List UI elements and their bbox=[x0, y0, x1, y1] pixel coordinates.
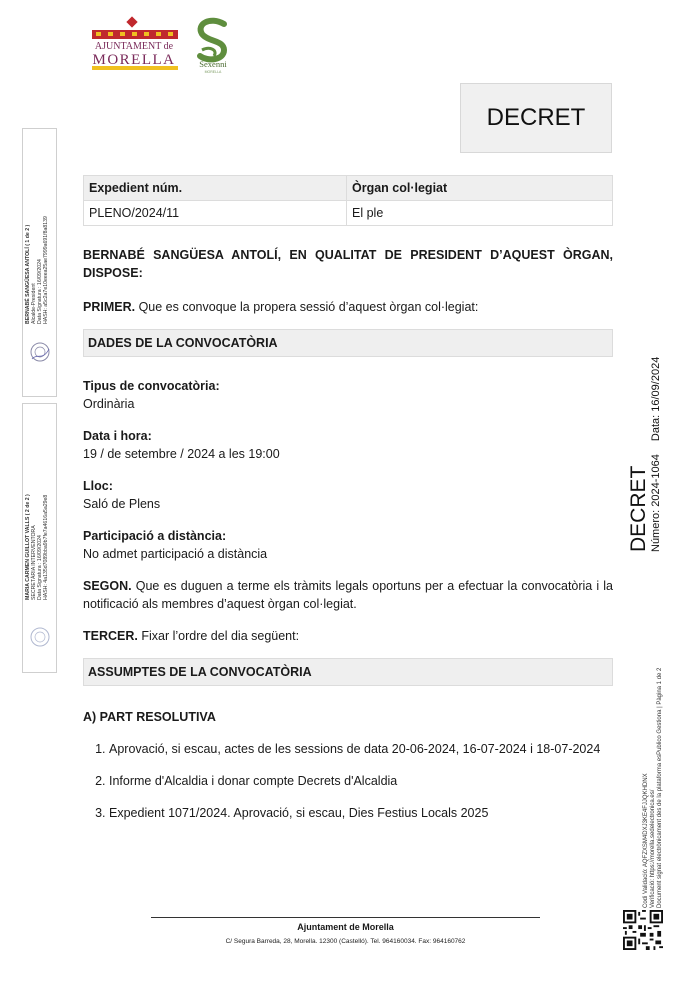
morella-crest-logo: AJUNTAMENT de MORELLA bbox=[86, 16, 182, 72]
header-organ: Òrgan col·legiat bbox=[347, 176, 613, 201]
table-row: PLENO/2024/11 El ple bbox=[84, 201, 613, 226]
field-participacio: Participació a distància: No admet parti… bbox=[83, 527, 613, 563]
list-item: Aprovació, si escau, actes de les sessio… bbox=[109, 740, 613, 758]
organ-value: El ple bbox=[347, 201, 613, 226]
field-data-hora: Data i hora: 19 / de setembre / 2024 a l… bbox=[83, 427, 613, 463]
vertical-decret-stamp: DECRET bbox=[628, 466, 650, 552]
section-assumptes: ASSUMPTES DE LA CONVOCATÒRIA bbox=[83, 658, 613, 686]
document-type-box: DECRET bbox=[460, 83, 612, 153]
list-item: Expedient 1071/2024. Aprovació, si escau… bbox=[109, 804, 613, 822]
segon-paragraph: SEGON. Que es duguen a terme els tràmits… bbox=[83, 577, 613, 613]
vertical-decret-meta: Número: 2024-1064 Data: 16/09/2024 bbox=[650, 347, 662, 552]
primer-paragraph: PRIMER. Que es convoque la propera sessi… bbox=[83, 298, 613, 316]
list-item: Informe d'Alcaldia i donar compte Decret… bbox=[109, 772, 613, 790]
footer-address: C/ Segura Barreda, 28, Morella. 12300 (C… bbox=[151, 938, 540, 945]
seal-icon bbox=[29, 626, 51, 648]
svg-text:MORELLA: MORELLA bbox=[93, 52, 176, 68]
decret-number: Número: 2024-1064 bbox=[650, 454, 662, 552]
part-resolutiva-title: A) PART RESOLUTIVA bbox=[83, 708, 613, 726]
header-expedient: Expedient núm. bbox=[84, 176, 347, 201]
footer-divider bbox=[151, 917, 540, 918]
svg-text:MORELLA: MORELLA bbox=[205, 70, 222, 74]
tercer-paragraph: TERCER. Fixar l’ordre del dia següent: bbox=[83, 627, 613, 645]
sexenni-s-logo: Sexenni MORELLA bbox=[190, 16, 236, 74]
seal-icon bbox=[29, 341, 51, 363]
signature-block-2: MARIA CARMEN GUILLOT VALLS ( 2 de 2 ) SE… bbox=[22, 403, 57, 673]
verification-text: Codi Validació: AQFZXSM4DXJ3KE4FJJQKHDNX… bbox=[643, 668, 664, 908]
qr-code-icon bbox=[623, 910, 663, 950]
expedient-number: PLENO/2024/11 bbox=[84, 201, 347, 226]
table-header-row: Expedient núm. Òrgan col·legiat bbox=[84, 176, 613, 201]
footer-title: Ajuntament de Morella bbox=[151, 922, 540, 932]
document-body: Expedient núm. Òrgan col·legiat PLENO/20… bbox=[83, 175, 613, 836]
field-tipus: Tipus de convocatòria: Ordinària bbox=[83, 377, 613, 413]
intro-statement: BERNABÉ SANGÜESA ANTOLÍ, EN QUALITAT DE … bbox=[83, 246, 613, 282]
expedient-table: Expedient núm. Òrgan col·legiat PLENO/20… bbox=[83, 175, 613, 226]
signature-block-1: BERNABÉ SANGÜESA ANTOLÍ ( 1 de 2 ) Alcal… bbox=[22, 128, 57, 397]
signature-2-text: MARIA CARMEN GUILLOT VALLS ( 2 de 2 ) SE… bbox=[25, 494, 49, 600]
agenda-list: Aprovació, si escau, actes de les sessio… bbox=[83, 740, 613, 822]
document-type-label: DECRET bbox=[487, 104, 586, 132]
svg-text:Sexenni: Sexenni bbox=[199, 59, 227, 69]
section-dades: DADES DE LA CONVOCATÒRIA bbox=[83, 329, 613, 357]
field-lloc: Lloc: Saló de Plens bbox=[83, 477, 613, 513]
svg-text:AJUNTAMENT de: AJUNTAMENT de bbox=[95, 41, 174, 52]
signature-1-text: BERNABÉ SANGÜESA ANTOLÍ ( 1 de 2 ) Alcal… bbox=[25, 216, 49, 324]
decret-date: Data: 16/09/2024 bbox=[650, 357, 662, 441]
